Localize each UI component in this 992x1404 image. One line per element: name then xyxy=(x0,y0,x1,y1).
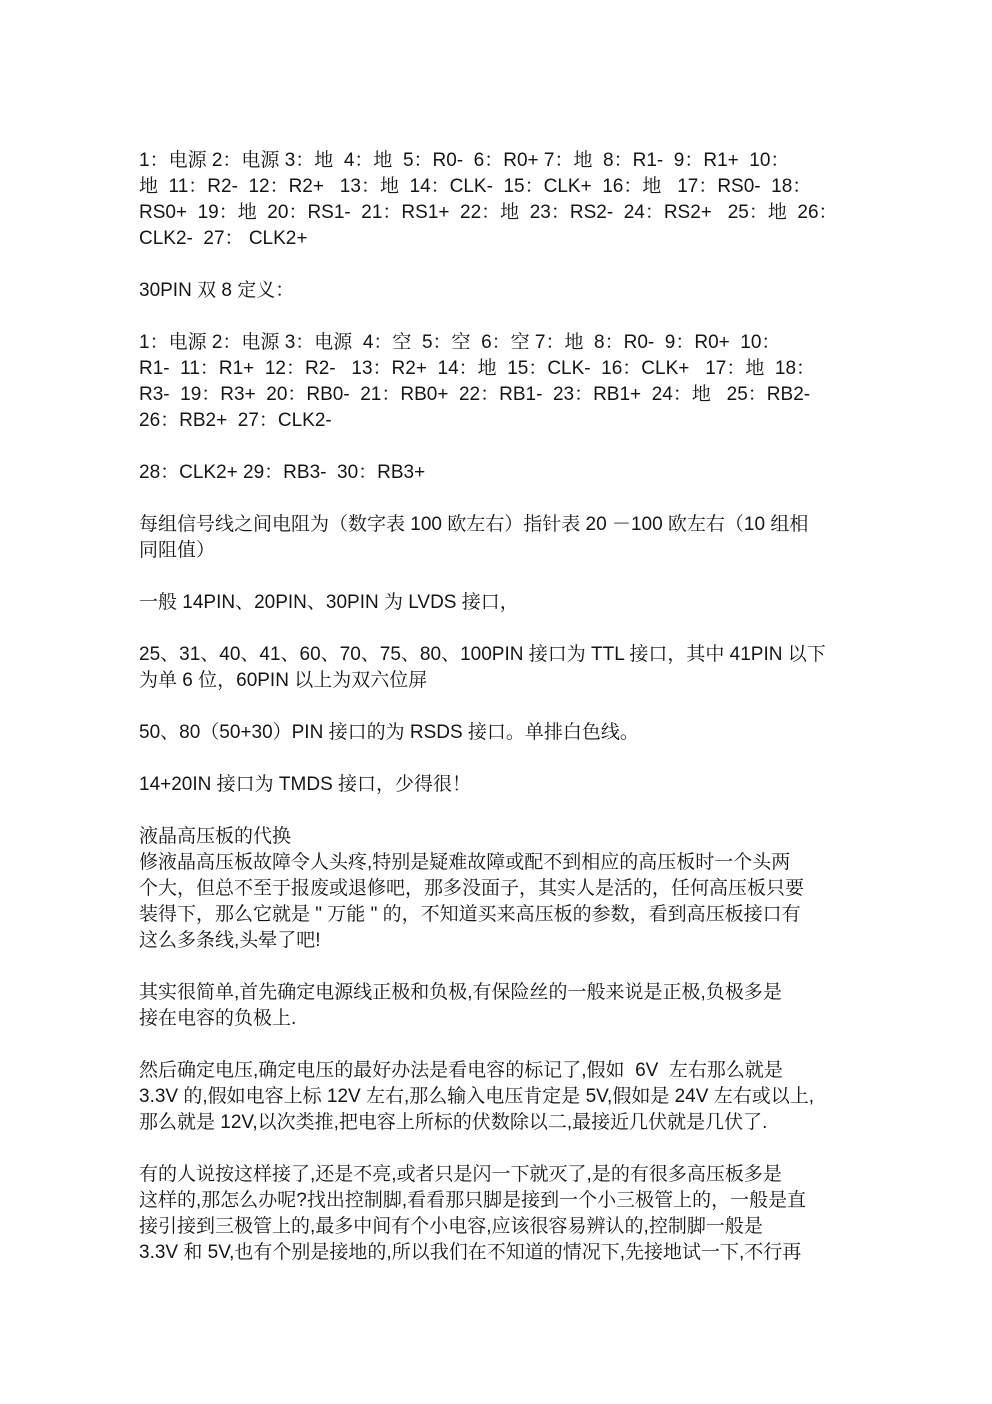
text-line: 那么就是 12V,以次类推,把电容上所标的伏数除以二,最接近几伏就是几伏了. xyxy=(139,1110,859,1136)
document-page: 1：电源 2：电源 3：地 4：地 5：R0- 6：R0+ 7：地 8：R1- … xyxy=(139,148,859,1292)
paragraph-voltage-determination: 然后确定电压,确定电压的最好办法是看电容的标记了,假如 6V 左右那么就是 3.… xyxy=(139,1058,859,1136)
section-title: 液晶高压板的代换 xyxy=(139,824,859,850)
text-line: 1：电源 2：电源 3：电源 4：空 5：空 6：空 7：地 8：R0- 9：R… xyxy=(139,330,859,356)
paragraph-power-polarity: 其实很简单,首先确定电源线正极和负极,有保险丝的一般来说是正极,负极多是 接在电… xyxy=(139,980,859,1032)
text-line: 同阻值） xyxy=(139,538,859,564)
text-line: 一般 14PIN、20PIN、30PIN 为 LVDS 接口， xyxy=(139,590,859,616)
paragraph-30pin-definition-continued: 28：CLK2+ 29：RB3- 30：RB3+ xyxy=(139,460,859,486)
text-line: 50、80（50+30）PIN 接口的为 RSDS 接口。单排白色线。 xyxy=(139,720,859,746)
text-line: 3.3V 的,假如电容上标 12V 左右,那么输入电压肯定是 5V,假如是 24… xyxy=(139,1084,859,1110)
text-line: 个大，但总不至于报废或退修吧，那多没面子，其实人是活的，任何高压板只要 xyxy=(139,876,859,902)
text-line: 接在电容的负极上. xyxy=(139,1006,859,1032)
paragraph-rsds-interface: 50、80（50+30）PIN 接口的为 RSDS 接口。单排白色线。 xyxy=(139,720,859,746)
paragraph-ttl-interface: 25、31、40、41、60、70、75、80、100PIN 接口为 TTL 接… xyxy=(139,642,859,694)
text-line: 有的人说按这样接了,还是不亮,或者只是闪一下就灭了,是的有很多高压板多是 xyxy=(139,1162,859,1188)
text-line: 26：RB2+ 27：CLK2- xyxy=(139,408,859,434)
paragraph-27pin-definition: 1：电源 2：电源 3：地 4：地 5：R0- 6：R0+ 7：地 8：R1- … xyxy=(139,148,859,252)
text-line: 然后确定电压,确定电压的最好办法是看电容的标记了,假如 6V 左右那么就是 xyxy=(139,1058,859,1084)
paragraph-lvds-interface: 一般 14PIN、20PIN、30PIN 为 LVDS 接口， xyxy=(139,590,859,616)
text-line: 14+20IN 接口为 TMDS 接口，少得很！ xyxy=(139,772,859,798)
text-line: 1：电源 2：电源 3：地 4：地 5：R0- 6：R0+ 7：地 8：R1- … xyxy=(139,148,859,174)
paragraph-signal-resistance: 每组信号线之间电阻为（数字表 100 欧左右）指针表 20 －100 欧左右（1… xyxy=(139,512,859,564)
section-hv-board-replacement: 液晶高压板的代换 修液晶高压板故障令人头疼,特别是疑难故障或配不到相应的高压板时… xyxy=(139,824,859,954)
paragraph-tmds-interface: 14+20IN 接口为 TMDS 接口，少得很！ xyxy=(139,772,859,798)
text-line: 25、31、40、41、60、70、75、80、100PIN 接口为 TTL 接… xyxy=(139,642,859,668)
text-line: 为单 6 位，60PIN 以上为双六位屏 xyxy=(139,668,859,694)
paragraph-control-pin: 有的人说按这样接了,还是不亮,或者只是闪一下就灭了,是的有很多高压板多是 这样的… xyxy=(139,1162,859,1266)
text-line: 修液晶高压板故障令人头疼,特别是疑难故障或配不到相应的高压板时一个头两 xyxy=(139,850,859,876)
text-line: R3- 19：R3+ 20：RB0- 21：RB0+ 22：RB1- 23：RB… xyxy=(139,382,859,408)
paragraph-30pin-definition: 1：电源 2：电源 3：电源 4：空 5：空 6：空 7：地 8：R0- 9：R… xyxy=(139,330,859,434)
text-line: CLK2- 27： CLK2+ xyxy=(139,226,859,252)
text-line: 这样的,那怎么办呢?找出控制脚,看看那只脚是接到一个小三极管上的，一般是直 xyxy=(139,1188,859,1214)
text-line: 装得下，那么它就是 " 万能 " 的，不知道买来高压板的参数，看到高压板接口有 xyxy=(139,902,859,928)
text-line: 3.3V 和 5V,也有个别是接地的,所以我们在不知道的情况下,先接地试一下,不… xyxy=(139,1240,859,1266)
text-line: 接引接到三极管上的,最多中间有个小电容,应该很容易辨认的,控制脚一般是 xyxy=(139,1214,859,1240)
heading-30pin-dual8-definition: 30PIN 双 8 定义： xyxy=(139,278,859,304)
text-line: 每组信号线之间电阻为（数字表 100 欧左右）指针表 20 －100 欧左右（1… xyxy=(139,512,859,538)
text-line: 30PIN 双 8 定义： xyxy=(139,278,859,304)
text-line: 28：CLK2+ 29：RB3- 30：RB3+ xyxy=(139,460,859,486)
text-line: 这么多条线,头晕了吧! xyxy=(139,928,859,954)
text-line: RS0+ 19：地 20：RS1- 21：RS1+ 22：地 23：RS2- 2… xyxy=(139,200,859,226)
text-line: 其实很简单,首先确定电源线正极和负极,有保险丝的一般来说是正极,负极多是 xyxy=(139,980,859,1006)
text-line: 地 11：R2- 12：R2+ 13：地 14：CLK- 15：CLK+ 16：… xyxy=(139,174,859,200)
text-line: R1- 11：R1+ 12：R2- 13：R2+ 14：地 15：CLK- 16… xyxy=(139,356,859,382)
